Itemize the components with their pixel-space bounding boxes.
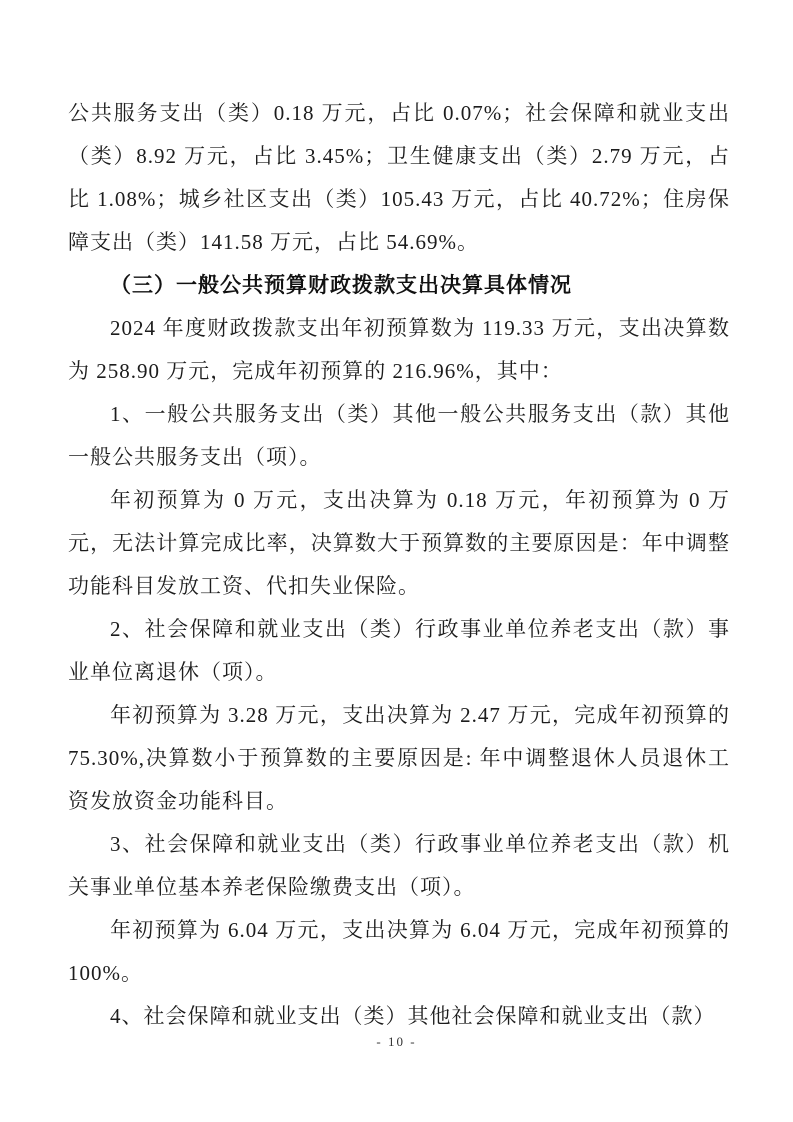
paragraph-item-1-title: 1、一般公共服务支出（类）其他一般公共服务支出（款）其他一般公共服务支出（项）。 [68, 393, 730, 479]
section-heading-general-budget-expenditure-details: （三）一般公共预算财政拨款支出决算具体情况 [68, 264, 730, 307]
paragraph-expenditure-composition-continued: 公共服务支出（类）0.18 万元，占比 0.07%；社会保障和就业支出（类）8.… [68, 92, 730, 264]
paragraph-item-2-title: 2、社会保障和就业支出（类）行政事业单位养老支出（款）事业单位离退休（项）。 [68, 608, 730, 694]
document-page: 公共服务支出（类）0.18 万元，占比 0.07%；社会保障和就业支出（类）8.… [0, 0, 793, 1122]
page-number: - 10 - [0, 1034, 793, 1050]
page-text-body: 公共服务支出（类）0.18 万元，占比 0.07%；社会保障和就业支出（类）8.… [68, 92, 730, 1038]
paragraph-item-2-detail: 年初预算为 3.28 万元，支出决算为 2.47 万元，完成年初预算的 75.3… [68, 694, 730, 823]
paragraph-budget-overview: 2024 年度财政拨款支出年初预算数为 119.33 万元，支出决算数为 258… [68, 307, 730, 393]
paragraph-item-4-title: 4、社会保障和就业支出（类）其他社会保障和就业支出（款） [68, 995, 730, 1038]
paragraph-item-1-detail: 年初预算为 0 万元，支出决算为 0.18 万元，年初预算为 0 万元，无法计算… [68, 479, 730, 608]
paragraph-item-3-title: 3、社会保障和就业支出（类）行政事业单位养老支出（款）机关事业单位基本养老保险缴… [68, 823, 730, 909]
paragraph-item-3-detail: 年初预算为 6.04 万元，支出决算为 6.04 万元，完成年初预算的 100%… [68, 909, 730, 995]
